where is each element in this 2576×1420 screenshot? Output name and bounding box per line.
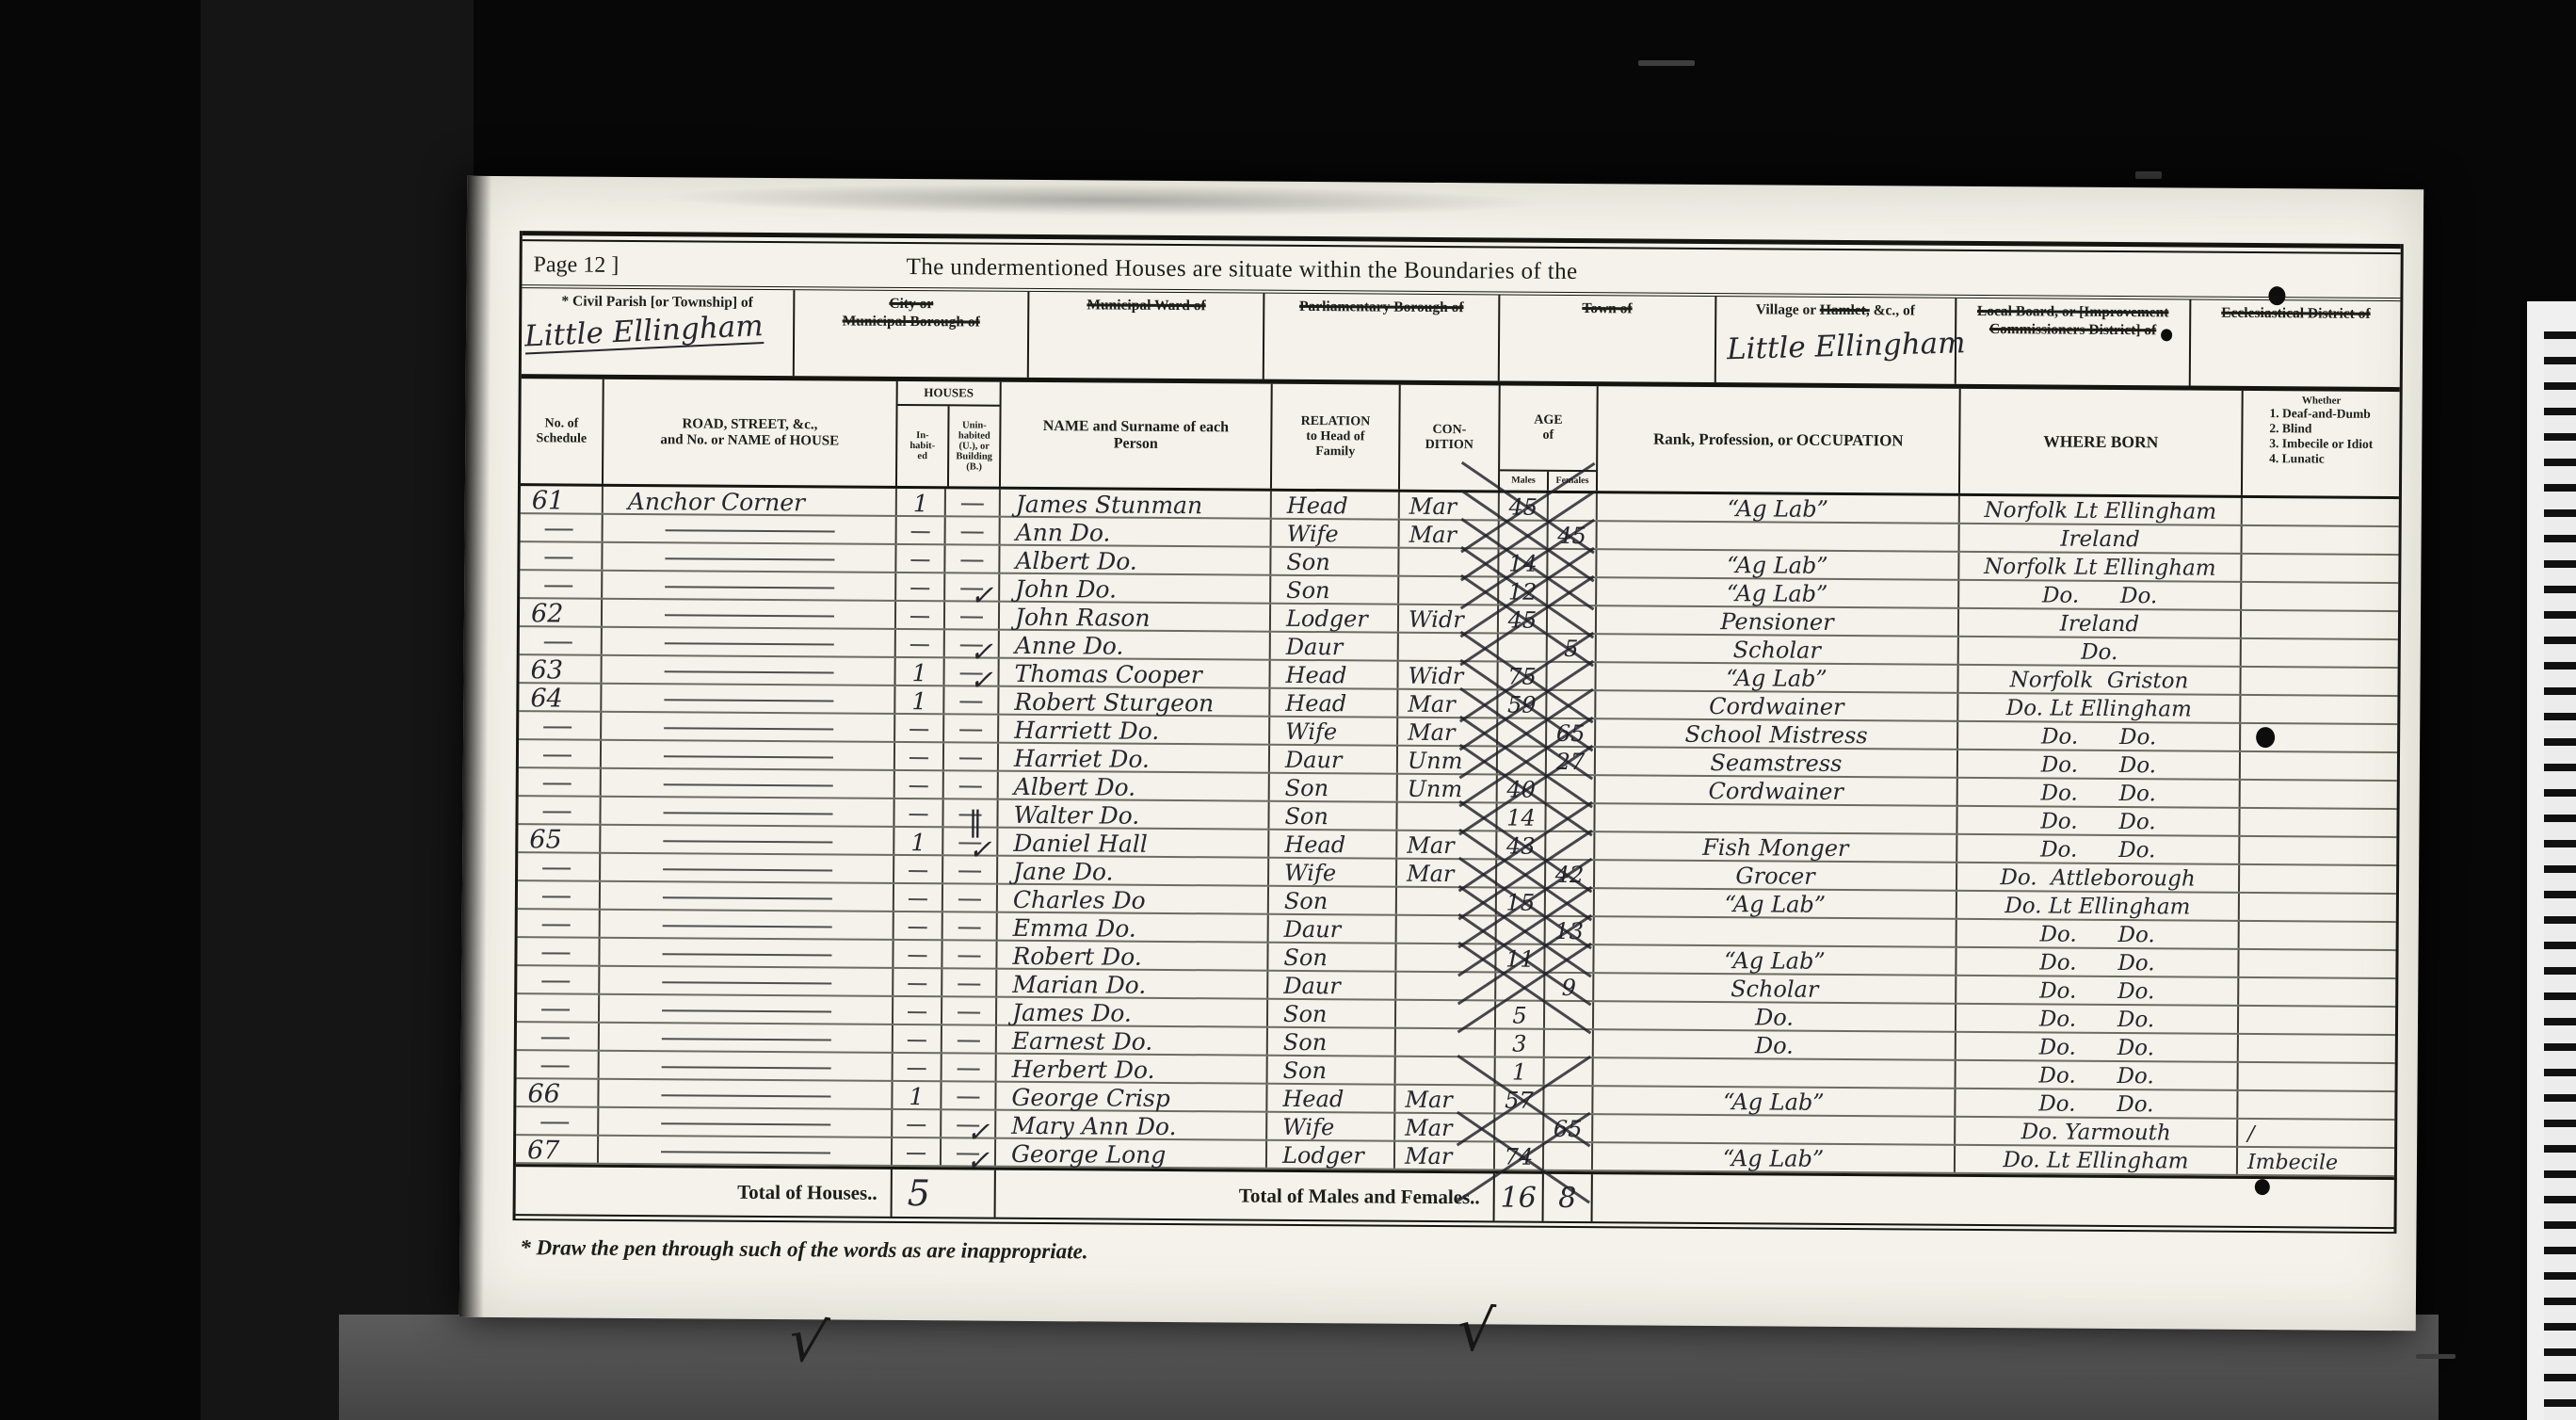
pen-stroke [958, 1011, 980, 1013]
pen-stroke [910, 757, 928, 759]
pen-stroke [541, 952, 570, 954]
inhabited-cell [897, 517, 946, 543]
pen-stroke [665, 614, 834, 617]
name-cell: Herbert Do. [997, 1055, 1268, 1083]
age-cells: 13 [1497, 916, 1595, 944]
infirmity-cell: Imbecile [2238, 1148, 2394, 1175]
birthplace-cell: Ireland [1960, 524, 2243, 553]
pen-stroke [662, 1066, 831, 1069]
condition-cell: Widr [1398, 662, 1498, 689]
road-cell [603, 543, 896, 572]
pen-stroke [664, 755, 833, 758]
schedule-cell [520, 571, 603, 598]
inhabited-cell [895, 715, 944, 741]
schedule-cell [517, 966, 600, 993]
schedule-cell: 61 [521, 486, 604, 513]
location-cell-0: * Civil Parish [or Township] ofLittle El… [522, 288, 795, 376]
header-schedule: No. of Schedule [521, 379, 604, 484]
uninhabited-cell [942, 941, 997, 967]
age-female-cell: 27 [1547, 748, 1594, 774]
age-male-cell [1499, 634, 1548, 660]
pen-stroke [908, 1011, 926, 1013]
location-handwritten-value: Little Ellingham [1726, 330, 1950, 365]
infirmity-cell [2242, 611, 2398, 638]
age-cells: 11 [1496, 944, 1594, 972]
pen-stroke [908, 1040, 926, 1041]
total-females-value: 8 [1544, 1174, 1593, 1221]
infirmity-cell: / [2238, 1120, 2394, 1147]
age-female-cell [1545, 1002, 1592, 1028]
age-female-cell: 9 [1545, 974, 1592, 1000]
age-male-cell [1497, 860, 1546, 886]
infirmity-cell [2240, 865, 2396, 893]
infirmity-cell [2239, 950, 2395, 977]
location-cell-2: Municipal Ward of [1029, 292, 1264, 379]
header-infirmity-list: 1. Deaf-and-Dumb 2. Blind 3. Imbecile or… [2269, 406, 2373, 466]
condition-cell [1396, 1057, 1496, 1085]
infirmity-cell [2239, 1035, 2395, 1062]
relation-cell: Son [1268, 1057, 1396, 1084]
pen-stroke [664, 727, 833, 730]
inhabited-cell [895, 743, 944, 769]
age-male-cell: 45 [1500, 492, 1549, 519]
schedule-cell [520, 627, 603, 654]
form-grid: Page 12 ] The undermentioned Houses are … [513, 231, 2404, 1234]
column-header-row: No. of Schedule ROAD, STREET, &c., and N… [521, 379, 2400, 499]
age-male-cell: 14 [1499, 549, 1548, 575]
infirmity-cell [2240, 837, 2396, 864]
age-male-cell: 14 [1497, 803, 1546, 830]
location-label: Ecclesiastical District of [2196, 304, 2395, 324]
relation-cell: Lodger [1271, 605, 1399, 632]
road-cell [603, 656, 896, 685]
relation-cell: Son [1269, 802, 1397, 830]
age-cells: 3 [1496, 1029, 1594, 1057]
road-cell [599, 1137, 893, 1165]
inhabited-cell [893, 1138, 942, 1165]
age-cells: 12 [1499, 577, 1597, 605]
inhabited-cell [894, 1054, 942, 1080]
schedule-cell [517, 994, 600, 1022]
pen-stroke [958, 898, 981, 900]
age-female-cell [1548, 578, 1595, 605]
name-cell: Harriett Do. [999, 716, 1270, 744]
pen-stroke [910, 814, 928, 815]
age-male-cell: 3 [1496, 1029, 1545, 1056]
schedule-cell: 64 [519, 684, 602, 711]
pen-stroke [543, 726, 572, 728]
age-male-cell: 59 [1498, 690, 1547, 717]
inhabited-cell: 1 [893, 1082, 942, 1108]
uninhabited-cell [943, 856, 998, 882]
condition-cell: Mar [1400, 521, 1500, 548]
age-cells: 45 [1500, 521, 1598, 548]
tick-mark: ✓ [966, 1149, 990, 1172]
pen-stroke [909, 870, 927, 872]
age-cells: 45 [1499, 605, 1597, 633]
schedule-cell: 65 [518, 825, 601, 852]
pen-stroke [907, 1153, 926, 1154]
age-cells: 9 [1496, 973, 1594, 1000]
age-male-cell: 74 [1495, 1142, 1544, 1169]
inhabited-cell [896, 630, 945, 656]
occupation-cell: School Mistress [1596, 719, 1958, 749]
uninhabited-cell [944, 715, 999, 741]
name-cell: James Do. [997, 998, 1268, 1026]
age-cells: 45 [1500, 492, 1598, 520]
relation-cell: Wife [1267, 1113, 1395, 1140]
location-label-struck: Town of [1582, 300, 1632, 316]
inhabited-cell [895, 771, 944, 798]
uninhabited-cell [942, 997, 997, 1024]
road-cell: Anchor Corner [604, 487, 897, 515]
name-cell: Emma Do. [998, 913, 1269, 942]
inhabited-cell: 1 [894, 828, 943, 854]
age-cells: 65 [1495, 1114, 1593, 1141]
uninhabited-cell [945, 545, 1000, 572]
pen-stroke [542, 896, 571, 897]
uninhabited-cell [942, 1025, 997, 1052]
condition-cell: Mar [1400, 492, 1500, 520]
age-cells: 75 [1498, 662, 1596, 689]
name-cell: Mary Ann Do.✓ [996, 1111, 1267, 1139]
infirmity-cell [2239, 1007, 2395, 1034]
relation-cell: Son [1271, 548, 1399, 575]
birthplace-cell: Do. Do. [1956, 948, 2239, 976]
name-cell: Robert Sturgeon [999, 687, 1270, 716]
age-female-cell [1544, 1143, 1591, 1170]
relation-cell: Wife [1269, 859, 1397, 886]
age-male-cell: 40 [1498, 775, 1547, 801]
occupation-cell: Fish Monger [1595, 832, 1957, 862]
uninhabited-cell [942, 1054, 997, 1080]
location-label-plain: Village or [1756, 301, 1820, 317]
header-condition: CON- DITION [1400, 385, 1501, 491]
pen-stroke [540, 1121, 569, 1123]
location-label-struck: Ecclesiastical District of [2221, 305, 2371, 322]
pen-stroke [662, 981, 831, 984]
schedule-cell [519, 768, 602, 796]
road-cell [601, 854, 894, 882]
schedule-cell [518, 910, 601, 937]
infirmity-cell [2241, 752, 2397, 780]
relation-cell: Daur [1271, 633, 1399, 660]
pen-stroke [541, 1065, 570, 1067]
relation-cell: Head [1270, 661, 1398, 688]
infirmity-cell [2238, 1091, 2394, 1119]
age-cells: 42 [1497, 860, 1595, 887]
road-cell [603, 628, 896, 656]
page-number-label: Page 12 ] [534, 252, 620, 279]
road-cell [600, 995, 894, 1024]
age-female-cell: 45 [1549, 522, 1596, 548]
uninhabited-cell [946, 489, 1001, 515]
road-cell [604, 515, 897, 543]
pen-stroke [544, 585, 572, 587]
schedule-cell [521, 514, 604, 541]
location-label-struck: Municipal Ward of [1087, 297, 1205, 314]
inhabited-cell: 1 [897, 489, 946, 515]
schedule-cell [519, 740, 602, 767]
schedule-cell [516, 1107, 599, 1135]
inhabited-cell: 1 [895, 686, 944, 713]
relation-cell: Wife [1272, 520, 1400, 547]
location-label-struck: Local Board, or [Improvement Commissione… [1977, 303, 2169, 339]
uninhabited-cell [944, 743, 999, 769]
condition-cell [1397, 916, 1497, 944]
census-form: Page 12 ] The undermentioned Houses are … [512, 231, 2404, 1273]
header-females: Females [1549, 472, 1596, 491]
pen-stroke [664, 783, 833, 786]
scan-smudge [655, 181, 1550, 219]
pen-stroke [960, 559, 983, 561]
pen-stroke [911, 531, 930, 533]
relation-cell: Head [1267, 1085, 1395, 1112]
pen-stroke [666, 529, 835, 532]
infirmity-cell [2243, 498, 2399, 525]
pen-stroke [959, 757, 982, 759]
relation-cell: Head [1270, 689, 1398, 717]
road-cell [603, 600, 896, 628]
location-label: Parliamentary Borough of [1269, 298, 1493, 317]
inhabited-cell [894, 884, 943, 911]
birthplace-cell: Do. Yarmouth [1956, 1118, 2238, 1146]
schedule-cell: 67 [516, 1136, 599, 1163]
birthplace-cell: Norfolk Lt Ellingham [1959, 553, 2242, 581]
uninhabited-cell [946, 517, 1001, 543]
road-cell [600, 939, 894, 967]
location-label: Municipal Ward of [1035, 296, 1259, 315]
pen-stroke [665, 586, 834, 589]
header-males: Males [1500, 471, 1549, 490]
schedule-cell: 66 [516, 1079, 599, 1106]
condition-cell: Mar [1398, 718, 1498, 746]
pen-stroke [910, 616, 929, 618]
age-male-cell [1495, 1114, 1544, 1140]
total-houses-label: Total of Houses.. [516, 1167, 893, 1217]
form-title: The undermentioned Houses are situate wi… [906, 254, 1577, 285]
pen-stroke [959, 701, 982, 702]
name-cell: George Long✓ [996, 1139, 1267, 1168]
pen-stroke [543, 754, 572, 756]
pen-stroke [960, 616, 983, 618]
census-form-paper: Page 12 ] The undermentioned Houses are … [459, 176, 2423, 1331]
pen-stroke [910, 644, 929, 646]
pen-stroke [908, 1068, 926, 1070]
location-label-struck: Hamlet, [1820, 302, 1870, 318]
road-cell [599, 1108, 893, 1137]
schedule-cell: 62 [520, 599, 603, 626]
header-road-street: ROAD, STREET, &c., and No. or NAME of HO… [604, 379, 898, 486]
age-female-cell [1545, 945, 1592, 972]
relation-cell: Daur [1270, 746, 1398, 773]
location-label: Village or Hamlet, &c., of [1721, 300, 1950, 320]
pen-stroke [662, 1009, 831, 1012]
birthplace-cell: Do. Do. [1957, 835, 2240, 863]
occupation-cell: “Ag Lab” [1597, 550, 1959, 579]
header-houses-group: HOUSES In- habit- ed Unin- habited (U.),… [897, 381, 1002, 487]
birthplace-cell: Do. Do. [1958, 722, 2241, 750]
occupation-cell: “Ag Lab” [1593, 1087, 1956, 1116]
road-cell [600, 967, 894, 995]
relation-cell: Son [1271, 576, 1399, 604]
birthplace-cell: Do. Do. [1956, 976, 2239, 1005]
age-male-cell: 43 [1497, 831, 1546, 858]
road-cell [601, 826, 894, 854]
age-cells: 5 [1499, 634, 1597, 661]
birthplace-cell: Do. Do. [1956, 1061, 2239, 1089]
age-male-cell: 5 [1496, 1001, 1545, 1027]
totals-empty-cell [1593, 1174, 2394, 1227]
age-cells: 57 [1495, 1086, 1593, 1113]
birthplace-cell: Do. Lt Ellingham [1957, 892, 2240, 920]
condition-cell: Mar [1395, 1142, 1495, 1170]
schedule-cell [520, 542, 603, 570]
condition-cell [1396, 1029, 1496, 1057]
header-relation: RELATION to Head of Family [1272, 384, 1401, 490]
occupation-cell: Scholar [1594, 974, 1956, 1003]
occupation-cell: “Ag Lab” [1594, 945, 1956, 975]
pen-stroke [958, 927, 981, 928]
inhabited-cell [894, 856, 943, 882]
relation-cell: Head [1269, 831, 1397, 858]
name-cell: John Rason [1000, 603, 1271, 631]
pen-stroke [961, 503, 984, 505]
header-infirmity-title: Whether [2302, 395, 2342, 406]
uninhabited-cell [945, 602, 1000, 628]
relation-cell: Son [1269, 887, 1397, 914]
infirmity-cell [2243, 526, 2399, 554]
location-label: Local Board, or [Improvement Commissione… [1961, 302, 2185, 340]
schedule-cell [517, 1051, 600, 1078]
schedule-cell [518, 853, 601, 880]
age-female-cell [1544, 1087, 1591, 1113]
name-cell: George Crisp [996, 1083, 1267, 1111]
pen-stroke [543, 811, 572, 813]
age-male-cell: 12 [1499, 577, 1548, 604]
pen-stroke [910, 785, 928, 787]
pen-stroke [662, 1038, 831, 1041]
age-female-cell [1547, 691, 1594, 718]
header-inhabited: In- habit- ed [897, 406, 950, 486]
pen-stroke [545, 528, 573, 530]
location-cell-3: Parliamentary Borough of [1264, 294, 1500, 381]
name-cell: Charles Do [998, 885, 1269, 913]
footnote: * Draw the pen through such of the words… [520, 1235, 2396, 1273]
uninhabited-cell [943, 912, 998, 939]
name-cell: Earnest Do. [997, 1026, 1268, 1055]
infirmity-cell [2241, 781, 2397, 808]
location-cell-6: Local Board, or [Improvement Commissione… [1956, 299, 2191, 386]
occupation-cell: Grocer [1595, 861, 1957, 890]
name-cell: Jane Do. [998, 857, 1269, 885]
header-age: AGE of [1500, 385, 1597, 470]
condition-cell [1396, 1001, 1496, 1028]
uninhabited-cell [942, 969, 997, 995]
inhabited-cell [896, 573, 945, 600]
birthplace-cell: Do. Attleborough [1957, 863, 2240, 892]
occupation-cell: Cordwainer [1596, 776, 1958, 805]
age-female-cell: 65 [1547, 719, 1594, 746]
schedule-cell [517, 938, 600, 965]
scanner-bed-left [201, 0, 474, 1420]
adjacent-page-edge [2527, 301, 2576, 1420]
pen-stroke [664, 699, 833, 702]
schedule-cell: 63 [520, 655, 603, 683]
occupation-cell [1595, 804, 1957, 833]
pen-stroke [908, 983, 926, 985]
age-cells: 65 [1498, 718, 1596, 746]
location-label-struck: City or Municipal Borough of [843, 296, 980, 331]
occupation-cell: “Ag Lab” [1596, 663, 1958, 692]
condition-cell [1397, 888, 1497, 915]
uninhabited-cell [943, 884, 998, 911]
age-cells: 1 [1496, 1057, 1594, 1085]
birthplace-cell: Do. Do. [1958, 750, 2241, 779]
age-female-cell: 42 [1546, 861, 1593, 887]
pen-stroke [958, 983, 980, 985]
location-cell-1: City or Municipal Borough of [794, 290, 1029, 378]
pen-stroke [541, 1009, 570, 1010]
uninhabited-cell [944, 686, 999, 713]
scan-artifact [2135, 171, 2162, 179]
condition-cell [1396, 973, 1496, 1000]
total-males-value: 16 [1495, 1173, 1544, 1220]
age-male-cell [1497, 916, 1546, 943]
condition-cell: Widr [1399, 605, 1499, 633]
occupation-cell: Scholar [1597, 635, 1959, 664]
pen-stroke [959, 785, 982, 787]
condition-cell [1397, 803, 1497, 831]
pen-stroke [541, 1037, 570, 1039]
age-cells: 15 [1497, 888, 1595, 915]
pen-stroke [958, 1040, 980, 1041]
pen-stroke [909, 898, 927, 900]
condition-cell [1396, 944, 1496, 972]
pen-stroke [959, 729, 982, 731]
relation-cell: Son [1268, 1028, 1396, 1056]
header-where-born: WHERE BORN [1960, 389, 2244, 495]
condition-cell: Mar [1398, 690, 1498, 718]
birthplace-cell: Ireland [1959, 609, 2242, 637]
condition-cell [1399, 549, 1499, 576]
location-header-row: * Civil Parish [or Township] ofLittle El… [522, 284, 2401, 392]
age-female-cell [1548, 550, 1595, 576]
relation-cell: Son [1268, 1000, 1396, 1027]
occupation-cell: “Ag Lab” [1593, 1143, 1956, 1172]
pen-stroke [909, 927, 927, 928]
infirmity-cell [2242, 555, 2398, 582]
age-cells: 59 [1498, 690, 1596, 718]
birthplace-cell: Do. Lt Ellingham [1958, 694, 2241, 722]
header-occupation: Rank, Profession, or OCCUPATION [1598, 386, 1961, 493]
pen-stroke [661, 1094, 830, 1097]
road-cell [602, 685, 895, 713]
birthplace-cell: Do. [1959, 637, 2242, 666]
road-cell [603, 572, 896, 600]
age-male-cell: 11 [1496, 944, 1545, 971]
name-cell: Albert Do. [1000, 546, 1271, 574]
adjacent-page-ruled-lines [2544, 331, 2576, 1420]
age-female-cell [1547, 663, 1594, 689]
pen-stroke [910, 729, 928, 731]
birthplace-cell: Do. Do. [1956, 1005, 2239, 1033]
scanned-census-page: Page 12 ] The undermentioned Houses are … [0, 0, 2576, 1420]
occupation-cell: Cordwainer [1596, 691, 1958, 720]
relation-cell: Daur [1268, 972, 1396, 999]
age-female-cell [1546, 832, 1593, 859]
location-handwritten-value: Little Ellingham [524, 311, 789, 352]
